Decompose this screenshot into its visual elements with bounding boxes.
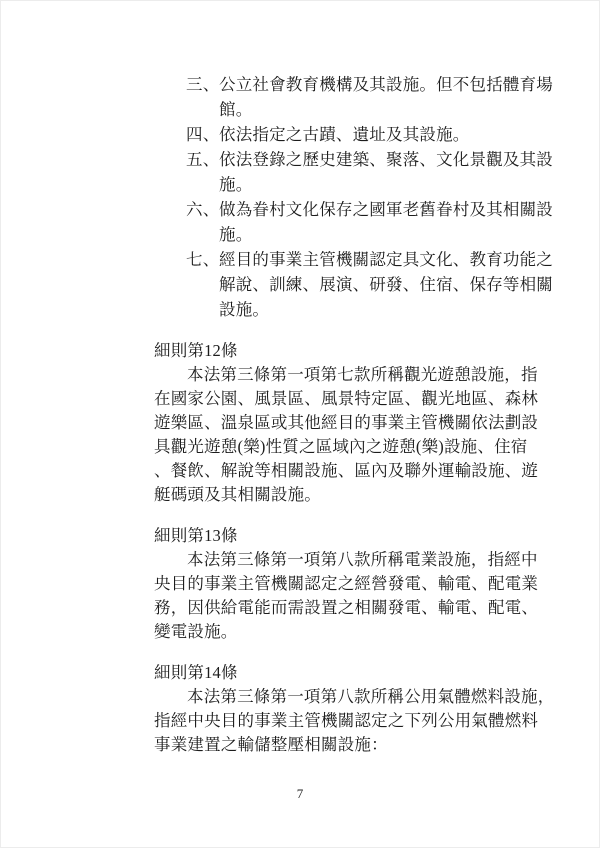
list-item-text-line: 經目的事業主管機關認定具文化、教育功能之 bbox=[219, 247, 554, 272]
document-page: 三、公立社會教育機構及其設施。但不包括體育場館。四、依法指定之古蹟、遺址及其設施… bbox=[0, 0, 600, 848]
list-item-text-line: 館。 bbox=[219, 97, 554, 122]
article-text-line: 務，因供給電能而需設置之相關發電、輸電、配電、 bbox=[154, 596, 554, 620]
numbered-item-list: 三、公立社會教育機構及其設施。但不包括體育場館。四、依法指定之古蹟、遺址及其設施… bbox=[186, 72, 554, 322]
article-heading: 細則第13條 bbox=[154, 524, 554, 548]
article-section: 細則第14條本法第三條第一項第八款所稱公用氣體燃料設施，指經中央目的事業主管機關… bbox=[154, 661, 554, 757]
article-text-line: 指經中央目的事業主管機關認定之下列公用氣體燃料 bbox=[154, 709, 554, 733]
list-item-text-line: 解說、訓練、展演、研發、住宿、保存等相關 bbox=[219, 272, 554, 297]
article-heading: 細則第14條 bbox=[154, 661, 554, 685]
article-text-line: 、餐飲、解說等相關設施、區內及聯外運輸設施、遊 bbox=[154, 459, 554, 483]
list-item-text-line: 施。 bbox=[219, 222, 554, 247]
article-heading: 細則第12條 bbox=[154, 339, 554, 363]
sections-container: 細則第12條本法第三條第一項第七款所稱觀光遊憩設施，指在國家公園、風景區、風景特… bbox=[154, 339, 554, 757]
list-item-text-line: 依法指定之古蹟、遺址及其設施。 bbox=[219, 122, 554, 147]
page-number: 7 bbox=[1, 786, 599, 802]
article-text-line: 在國家公園、風景區、風景特定區、觀光地區、森林 bbox=[154, 387, 554, 411]
list-item: 五、依法登錄之歷史建築、聚落、文化景觀及其設施。 bbox=[186, 147, 554, 197]
article-text-line: 艇碼頭及其相關設施。 bbox=[154, 483, 554, 507]
article-text-line: 變電設施。 bbox=[154, 620, 554, 644]
article-section: 細則第12條本法第三條第一項第七款所稱觀光遊憩設施，指在國家公園、風景區、風景特… bbox=[154, 339, 554, 507]
list-item-text-line: 依法登錄之歷史建築、聚落、文化景觀及其設 bbox=[219, 147, 554, 172]
list-item: 七、經目的事業主管機關認定具文化、教育功能之解說、訓練、展演、研發、住宿、保存等… bbox=[186, 247, 554, 322]
list-item: 六、做為眷村文化保存之國軍老舊眷村及其相關設施。 bbox=[186, 197, 554, 247]
list-item: 三、公立社會教育機構及其設施。但不包括體育場館。 bbox=[186, 72, 554, 122]
article-text-line: 本法第三條第一項第八款所稱公用氣體燃料設施， bbox=[154, 685, 554, 709]
article-text-line: 本法第三條第一項第七款所稱觀光遊憩設施，指 bbox=[154, 363, 554, 387]
article-text-line: 本法第三條第一項第八款所稱電業設施，指經中 bbox=[154, 548, 554, 572]
list-item-text-line: 設施。 bbox=[219, 297, 554, 322]
list-item-text-line: 公立社會教育機構及其設施。但不包括體育場 bbox=[219, 72, 554, 97]
list-item-marker: 四、 bbox=[186, 122, 219, 147]
list-item-marker: 七、 bbox=[186, 247, 219, 272]
list-item: 四、依法指定之古蹟、遺址及其設施。 bbox=[186, 122, 554, 147]
list-item-marker: 三、 bbox=[186, 72, 219, 97]
list-item-text-line: 施。 bbox=[219, 172, 554, 197]
list-item-text-line: 做為眷村文化保存之國軍老舊眷村及其相關設 bbox=[219, 197, 554, 222]
document-content: 三、公立社會教育機構及其設施。但不包括體育場館。四、依法指定之古蹟、遺址及其設施… bbox=[154, 72, 554, 757]
article-text-line: 央目的事業主管機關認定之經營發電、輸電、配電業 bbox=[154, 572, 554, 596]
article-text-line: 具觀光遊憩(樂)性質之區域內之遊憩(樂)設施、住宿 bbox=[154, 435, 554, 459]
article-text-line: 遊樂區、溫泉區或其他經目的事業主管機關依法劃設 bbox=[154, 411, 554, 435]
list-item-marker: 六、 bbox=[186, 197, 219, 222]
article-text-line: 事業建置之輸儲整壓相關設施： bbox=[154, 733, 554, 757]
article-section: 細則第13條本法第三條第一項第八款所稱電業設施，指經中央目的事業主管機關認定之經… bbox=[154, 524, 554, 644]
list-item-marker: 五、 bbox=[186, 147, 219, 172]
